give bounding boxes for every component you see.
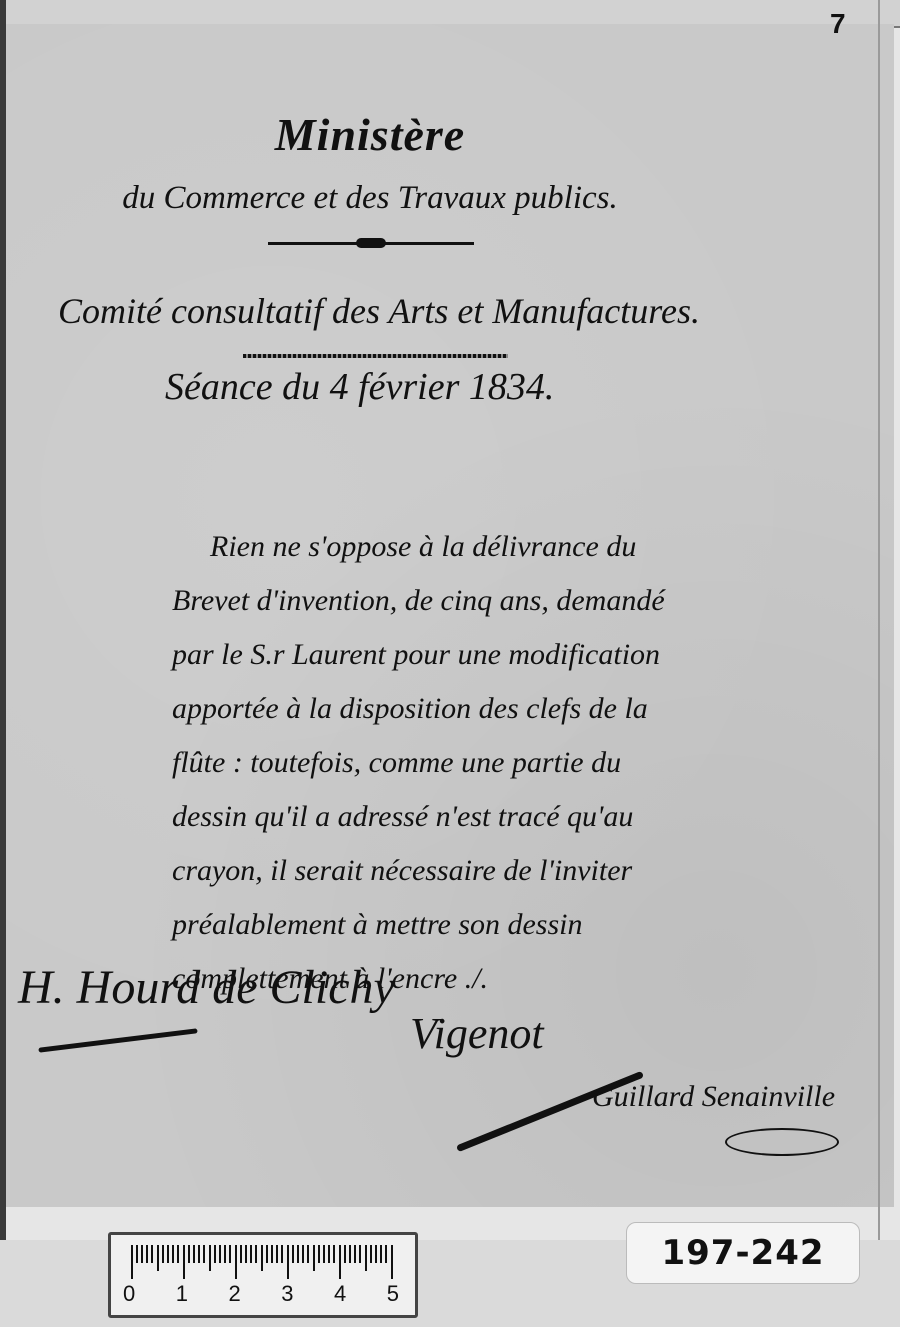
body-line: préalablement à mettre son dessin	[172, 898, 892, 952]
body-line: Rien ne s'oppose à la délivrance du	[172, 520, 892, 574]
body-line: par le S.r Laurent pour une modification	[172, 628, 892, 682]
body-line: apportée à la disposition des clefs de l…	[172, 682, 892, 736]
scale-labels: 0 1 2 3 4 5	[123, 1281, 399, 1307]
scale-label: 3	[281, 1281, 293, 1307]
wavy-divider	[243, 354, 508, 358]
page-number: 7	[830, 8, 846, 40]
body-line: flûte : toutefois, comme une partie du	[172, 736, 892, 790]
scale-label: 5	[387, 1281, 399, 1307]
ornamental-divider	[268, 242, 474, 245]
signature-flourish	[725, 1128, 839, 1156]
handwritten-body: Rien ne s'oppose à la délivrance du Brev…	[172, 520, 892, 1006]
body-line: Brevet d'invention, de cinq ans, demandé	[172, 574, 892, 628]
archive-tag: 197-242	[626, 1222, 860, 1284]
scale-label: 4	[334, 1281, 346, 1307]
session-date: Séance du 4 février 1834.	[165, 365, 554, 409]
scale-label: 0	[123, 1281, 135, 1307]
signature-3: Guillard Senainville	[592, 1080, 835, 1114]
committee-heading: Comité consultatif des Arts et Manufactu…	[58, 290, 700, 332]
scale-label: 1	[176, 1281, 188, 1307]
scale-bar: 0 1 2 3 4 5	[108, 1232, 418, 1318]
body-line: dessin qu'il a adressé n'est tracé qu'au	[172, 790, 892, 844]
scale-ticks	[131, 1245, 393, 1279]
body-line: crayon, il serait nécessaire de l'invite…	[172, 844, 892, 898]
ministry-title: Ministère	[20, 108, 720, 161]
left-edge	[0, 0, 6, 1327]
signature-1: H. Hourd de Clichy	[18, 960, 395, 1015]
signature-2: Vigenot	[410, 1008, 544, 1059]
scale-label: 2	[229, 1281, 241, 1307]
ministry-subtitle: du Commerce et des Travaux publics.	[20, 180, 720, 217]
